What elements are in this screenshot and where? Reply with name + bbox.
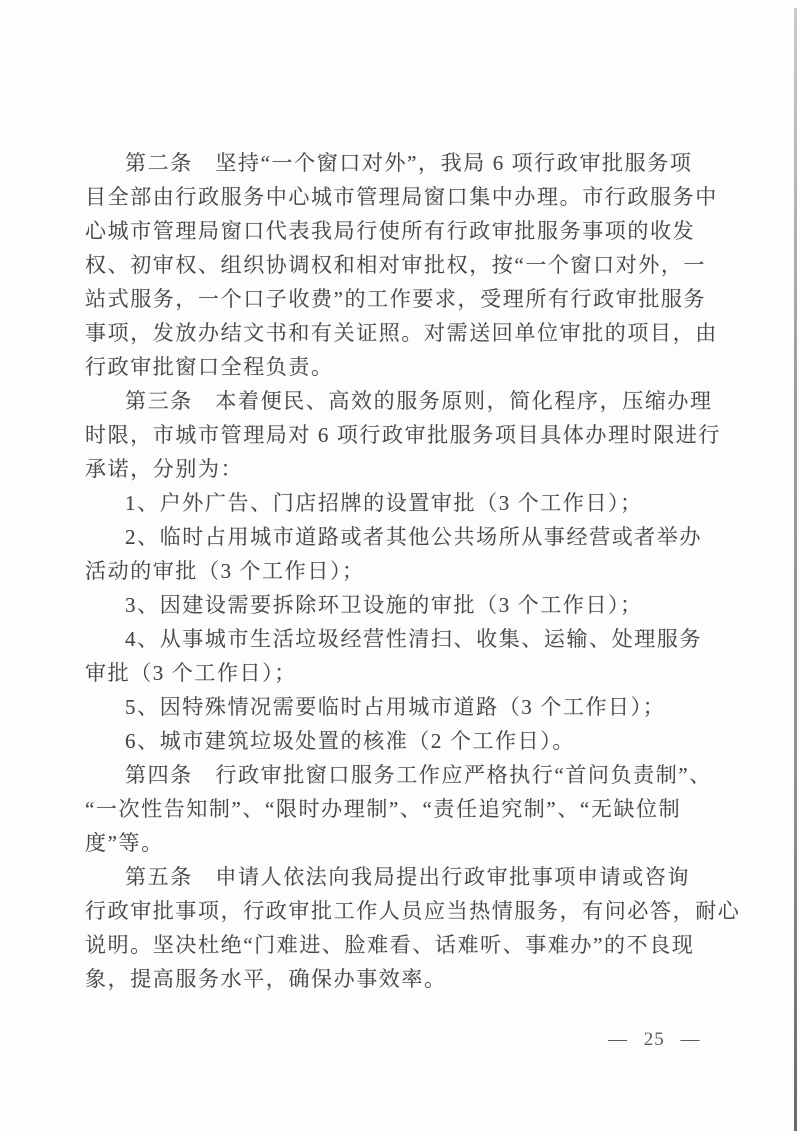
text-block: 第二条 坚持“一个窗口对外”，我局 6 项行政审批服务项目全部由行政服务中心城市…: [85, 146, 725, 996]
text-line: 2、临时占用城市道路或者其他公共场所从事经营或者举办: [85, 520, 725, 554]
paragraph-article-5: 第五条 申请人依法向我局提出行政审批事项申请或咨询行政审批事项，行政审批工作人员…: [85, 860, 725, 996]
text-line: 1、户外广告、门店招牌的设置审批（3 个工作日）；: [85, 486, 725, 520]
paragraph-article-2: 第二条 坚持“一个窗口对外”，我局 6 项行政审批服务项目全部由行政服务中心城市…: [85, 146, 725, 384]
text-line: “一次性告知制”、“限时办理制”、“责任追究制”、“无缺位制: [85, 792, 725, 826]
text-line: 象，提高服务水平，确保办事效率。: [85, 962, 725, 996]
text-line: 事项，发放办结文书和有关证照。对需送回单位审批的项目，由: [85, 316, 725, 350]
paragraph-commitment-item-3: 3、因建设需要拆除环卫设施的审批（3 个工作日）；: [85, 588, 725, 622]
text-line: 说明。坚决杜绝“门难进、脸难看、话难听、事难办”的不良现: [85, 928, 725, 962]
text-line: 行政审批事项，行政审批工作人员应当热情服务，有问必答，耐心: [85, 894, 725, 928]
text-line: 5、因特殊情况需要临时占用城市道路（3 个工作日）；: [85, 690, 725, 724]
text-line: 心城市管理局窗口代表我局行使所有行政审批服务事项的收发: [85, 214, 725, 248]
text-line: 活动的审批（3 个工作日）；: [85, 554, 725, 588]
text-line: 第四条 行政审批窗口服务工作应严格执行“首问负责制”、: [85, 758, 725, 792]
paragraph-article-4: 第四条 行政审批窗口服务工作应严格执行“首问负责制”、“一次性告知制”、“限时办…: [85, 758, 725, 860]
text-line: 目全部由行政服务中心城市管理局窗口集中办理。市行政服务中: [85, 180, 725, 214]
text-line: 站式服务，一个口子收费”的工作要求，受理所有行政审批服务: [85, 282, 725, 316]
paragraph-article-3: 第三条 本着便民、高效的服务原则，简化程序，压缩办理时限，市城市管理局对 6 项…: [85, 384, 725, 486]
text-line: 4、从事城市生活垃圾经营性清扫、收集、运输、处理服务: [85, 622, 725, 656]
text-line: 第三条 本着便民、高效的服务原则，简化程序，压缩办理: [85, 384, 725, 418]
text-line: 第五条 申请人依法向我局提出行政审批事项申请或咨询: [85, 860, 725, 894]
paragraph-commitment-item-6: 6、城市建筑垃圾处置的核准（2 个工作日）。: [85, 724, 725, 758]
text-line: 行政审批窗口全程负责。: [85, 350, 725, 384]
text-line: 权、初审权、组织协调权和相对审批权，按“一个窗口对外，一: [85, 248, 725, 282]
paragraph-commitment-item-2: 2、临时占用城市道路或者其他公共场所从事经营或者举办活动的审批（3 个工作日）；: [85, 520, 725, 588]
text-line: 审批（3 个工作日）；: [85, 656, 725, 690]
text-line: 度”等。: [85, 826, 725, 860]
text-line: 6、城市建筑垃圾处置的核准（2 个工作日）。: [85, 724, 725, 758]
page-number: — 25 —: [608, 1027, 701, 1053]
paragraph-commitment-item-1: 1、户外广告、门店招牌的设置审批（3 个工作日）；: [85, 486, 725, 520]
text-line: 3、因建设需要拆除环卫设施的审批（3 个工作日）；: [85, 588, 725, 622]
text-line: 承诺，分别为：: [85, 452, 725, 486]
scan-edge-line: [794, 8, 797, 1131]
paragraph-commitment-item-5: 5、因特殊情况需要临时占用城市道路（3 个工作日）；: [85, 690, 725, 724]
document-page: 第二条 坚持“一个窗口对外”，我局 6 项行政审批服务项目全部由行政服务中心城市…: [0, 0, 800, 1131]
text-line: 第二条 坚持“一个窗口对外”，我局 6 项行政审批服务项: [85, 146, 725, 180]
paragraph-commitment-item-4: 4、从事城市生活垃圾经营性清扫、收集、运输、处理服务审批（3 个工作日）；: [85, 622, 725, 690]
text-line: 时限，市城市管理局对 6 项行政审批服务项目具体办理时限进行: [85, 418, 725, 452]
